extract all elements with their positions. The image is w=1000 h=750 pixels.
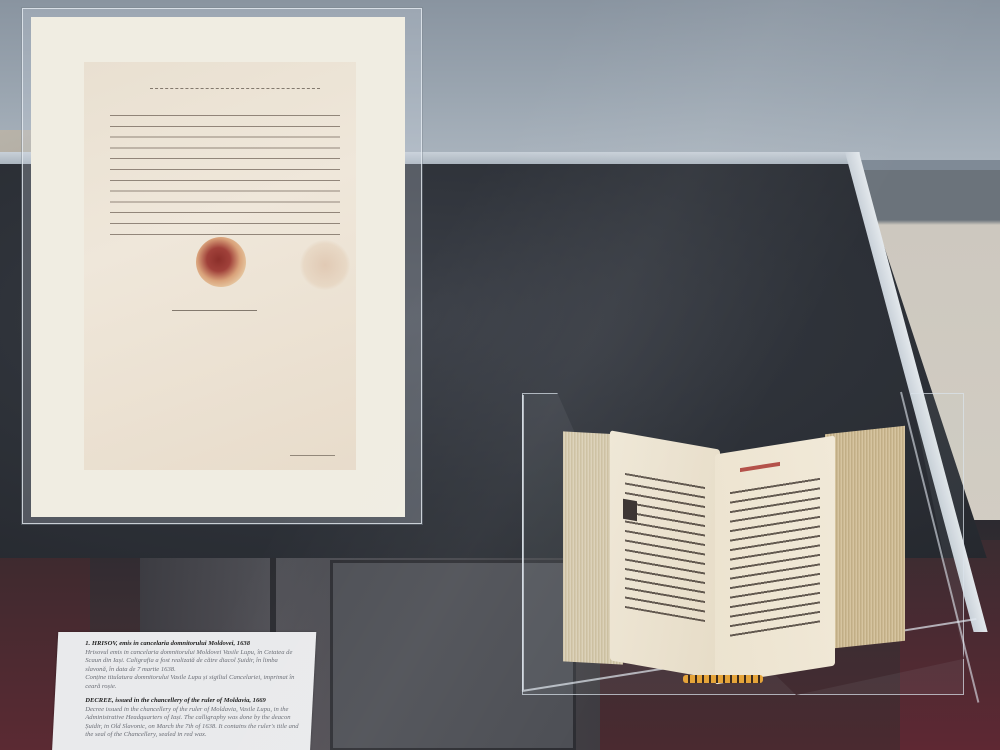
cyrillic-text-left bbox=[625, 468, 705, 622]
label-title-ro: 1. HRISOV, emis in cancelaria domnitorul… bbox=[85, 640, 300, 649]
cyrillic-text-right bbox=[730, 473, 820, 637]
charter-heading-script bbox=[150, 88, 320, 92]
open-book bbox=[555, 425, 910, 690]
book-spine-headband bbox=[683, 675, 763, 683]
label-title-en: DECREE, issued in the chancellery of the… bbox=[85, 697, 300, 706]
faded-seal-stain bbox=[300, 240, 350, 290]
label-body-ro: Hrisovul emis in cancelaria domnitorului… bbox=[85, 649, 300, 675]
book-right-page-block bbox=[825, 426, 905, 649]
red-wax-seal bbox=[196, 237, 246, 287]
display-case-photo: 1. HRISOV, emis in cancelaria domnitorul… bbox=[0, 0, 1000, 750]
decorated-initial bbox=[623, 499, 637, 521]
exhibit-label-card: 1. HRISOV, emis in cancelaria domnitorul… bbox=[52, 632, 317, 750]
stand-edge-left bbox=[522, 395, 524, 690]
charter-handwritten-text bbox=[110, 108, 340, 238]
charter-note bbox=[290, 450, 335, 456]
label-body-en: Decree issued in the chancellery of the … bbox=[85, 706, 300, 740]
label-body-ro-2: Conține titulatura domnitorului Vasile L… bbox=[85, 674, 300, 691]
charter-signature bbox=[172, 298, 257, 311]
